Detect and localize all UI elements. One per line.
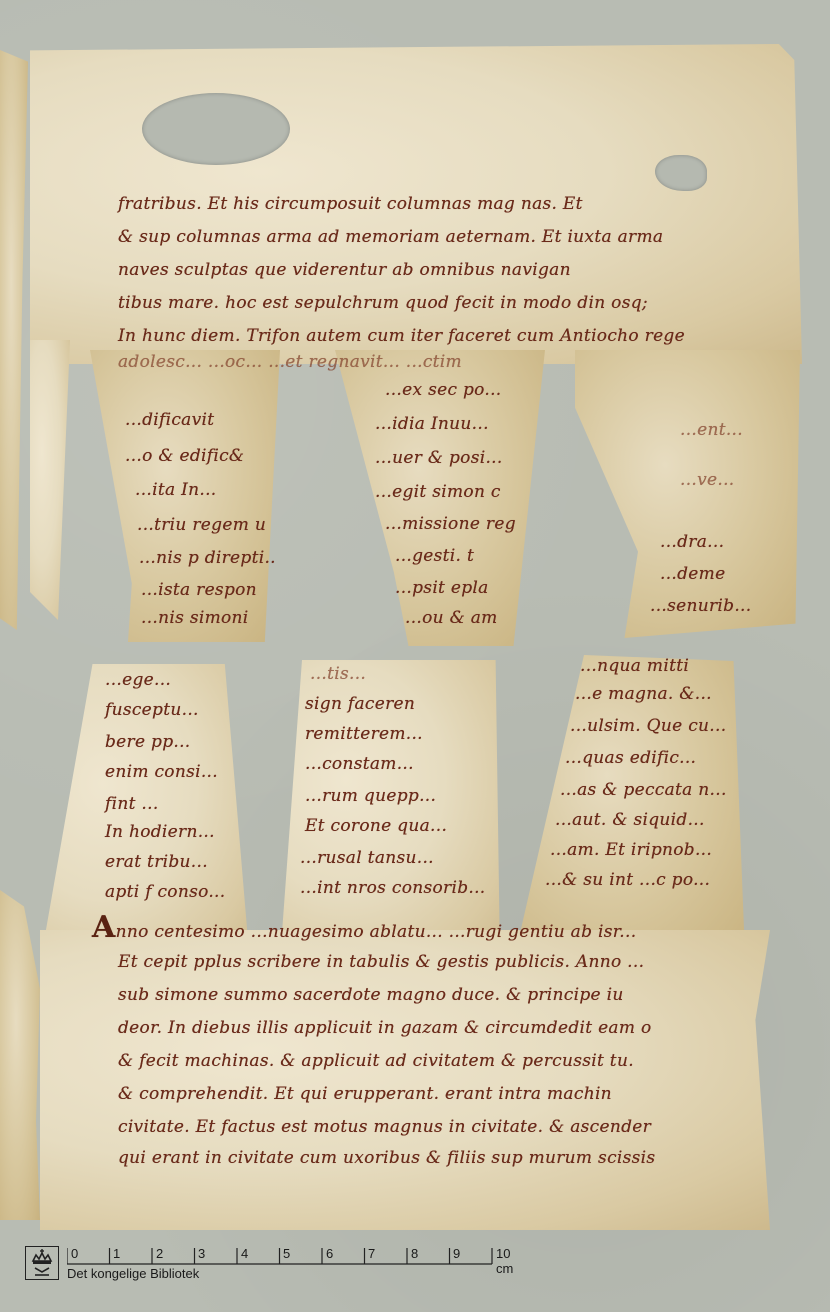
scale-tick-1: 1	[113, 1246, 120, 1261]
text-line: ...constam...	[305, 754, 414, 774]
crown-icon	[25, 1246, 59, 1280]
text-line: ...& su int ...c po...	[545, 870, 710, 890]
text-line: ...dra...	[660, 532, 724, 552]
parchment-hole-large	[142, 93, 290, 165]
text-line: ...missione reg	[385, 514, 516, 534]
institution-name: Det kongelige Bibliotek	[67, 1266, 199, 1281]
text-line: ...o & edific&	[125, 446, 244, 466]
text-line: & comprehendit. Et qui erupperant. erant…	[118, 1084, 612, 1104]
text-line: apti f conso...	[105, 882, 225, 902]
text-line: deor. In diebus illis applicuit in gazam…	[118, 1018, 652, 1038]
text-line: ...nis simoni	[141, 608, 249, 628]
text-line: ...ve...	[680, 470, 735, 490]
text-line: ...uer & posi...	[375, 448, 503, 468]
scale-tick-2: 2	[156, 1246, 163, 1261]
text-line: ...tis...	[310, 664, 366, 684]
scale-tick-7: 7	[368, 1246, 375, 1261]
scale-tick-8: 8	[411, 1246, 418, 1261]
text-line: erat tribu...	[105, 852, 208, 872]
lower-strip-middle-text: ...tis... sign faceren remitterem... ...…	[300, 664, 490, 924]
text-line: In hunc diem. Trifon autem cum iter face…	[118, 326, 685, 346]
upper-strip-left-text: ...dificavit ...o & edific& ...ita In...…	[125, 410, 275, 640]
text-line: ...rusal tansu...	[300, 848, 434, 868]
text-line: ...deme	[660, 564, 725, 584]
text-line: fusceptu...	[105, 700, 199, 720]
text-line: sub simone summo sacerdote magno duce. &…	[118, 985, 624, 1005]
text-line: ...e magna. &...	[575, 684, 712, 704]
lower-fragment-body	[40, 930, 770, 1230]
scale-tick-9: 9	[453, 1246, 460, 1261]
text-line: ...ista respon	[141, 580, 257, 600]
text-line: fratribus. Et his circumposuit columnas …	[118, 194, 583, 214]
scale-end-label: 10 cm	[496, 1246, 513, 1276]
text-line: ...senurib...	[650, 596, 751, 616]
text-line: remitterem...	[305, 724, 423, 744]
capital-line: Anno centesimo ...nuagesimo ablatu... ..…	[92, 910, 636, 945]
scale-ruler	[67, 1246, 497, 1266]
text-line: ...ex sec po...	[385, 380, 502, 400]
capital-line-text: nno centesimo ...nuagesimo ablatu... ...…	[116, 922, 637, 942]
text-line: ...rum quepp...	[305, 786, 436, 806]
text-line: ...quas edific...	[565, 748, 696, 768]
text-line: qui erant in civitate cum uxoribus & fil…	[118, 1148, 655, 1168]
text-line: & sup columnas arma ad memoriam aeternam…	[118, 227, 663, 247]
scale-tick-3: 3	[198, 1246, 205, 1261]
lower-strip-right-text: ...nqua mitti ...e magna. &... ...ulsim.…	[540, 656, 740, 916]
text-line: ...ou & am	[405, 608, 498, 628]
upper-strip-right-text: ...ent... ...ve... ...dra... ...deme ...…	[640, 420, 790, 630]
text-line: tibus mare. hoc est sepulchrum quod feci…	[118, 293, 648, 313]
text-line: ...nqua mitti	[580, 656, 689, 676]
text-line: ...aut. & siquid...	[555, 810, 705, 830]
text-line: civitate. Et factus est motus magnus in …	[118, 1117, 651, 1137]
text-line: In hodiern...	[105, 822, 215, 842]
text-line-partial: adolesc... ...oc... ...et regnavit... ..…	[118, 352, 462, 372]
lower-strip-left-text: ...ege... fusceptu... bere pp... enim co…	[100, 670, 240, 920]
text-line: ...dificavit	[125, 410, 214, 430]
text-line: ...ege...	[105, 670, 171, 690]
text-line: Et cepit pplus scribere in tabulis & ges…	[118, 952, 644, 972]
text-line: Et corone qua...	[305, 816, 447, 836]
scale-tick-6: 6	[326, 1246, 333, 1261]
text-line: enim consi...	[105, 762, 218, 782]
text-line: ...nis p direpti...	[139, 548, 275, 568]
text-line: ...ita In...	[135, 480, 217, 500]
scale-tick-0: 0	[71, 1246, 78, 1261]
text-line: bere pp...	[105, 732, 191, 752]
text-line: sign faceren	[305, 694, 415, 714]
text-line: naves sculptas que viderentur ab omnibus…	[118, 260, 571, 280]
text-line: ...triu regem u	[137, 515, 266, 535]
text-line: ...ulsim. Que cu...	[570, 716, 726, 736]
text-line: ...int nros consorib...	[300, 878, 486, 898]
text-line: ...idia Inuu...	[375, 414, 489, 434]
text-line: ...as & peccata n...	[560, 780, 727, 800]
text-line: ...psit epla	[395, 578, 489, 598]
text-line: & fecit machinas. & applicuit ad civitat…	[118, 1051, 634, 1071]
scale-tick-4: 4	[241, 1246, 248, 1261]
text-line: ...egit simon c	[375, 482, 501, 502]
scale-tick-5: 5	[283, 1246, 290, 1261]
text-line: ...am. Et iripnob...	[550, 840, 712, 860]
decorated-capital: A	[92, 910, 116, 945]
text-line: ...gesti. t	[395, 546, 474, 566]
upper-strip-middle-text: ...ex sec po... ...idia Inuu... ...uer &…	[375, 380, 535, 640]
text-line: fint ...	[105, 794, 159, 814]
text-line: ...ent...	[680, 420, 743, 440]
